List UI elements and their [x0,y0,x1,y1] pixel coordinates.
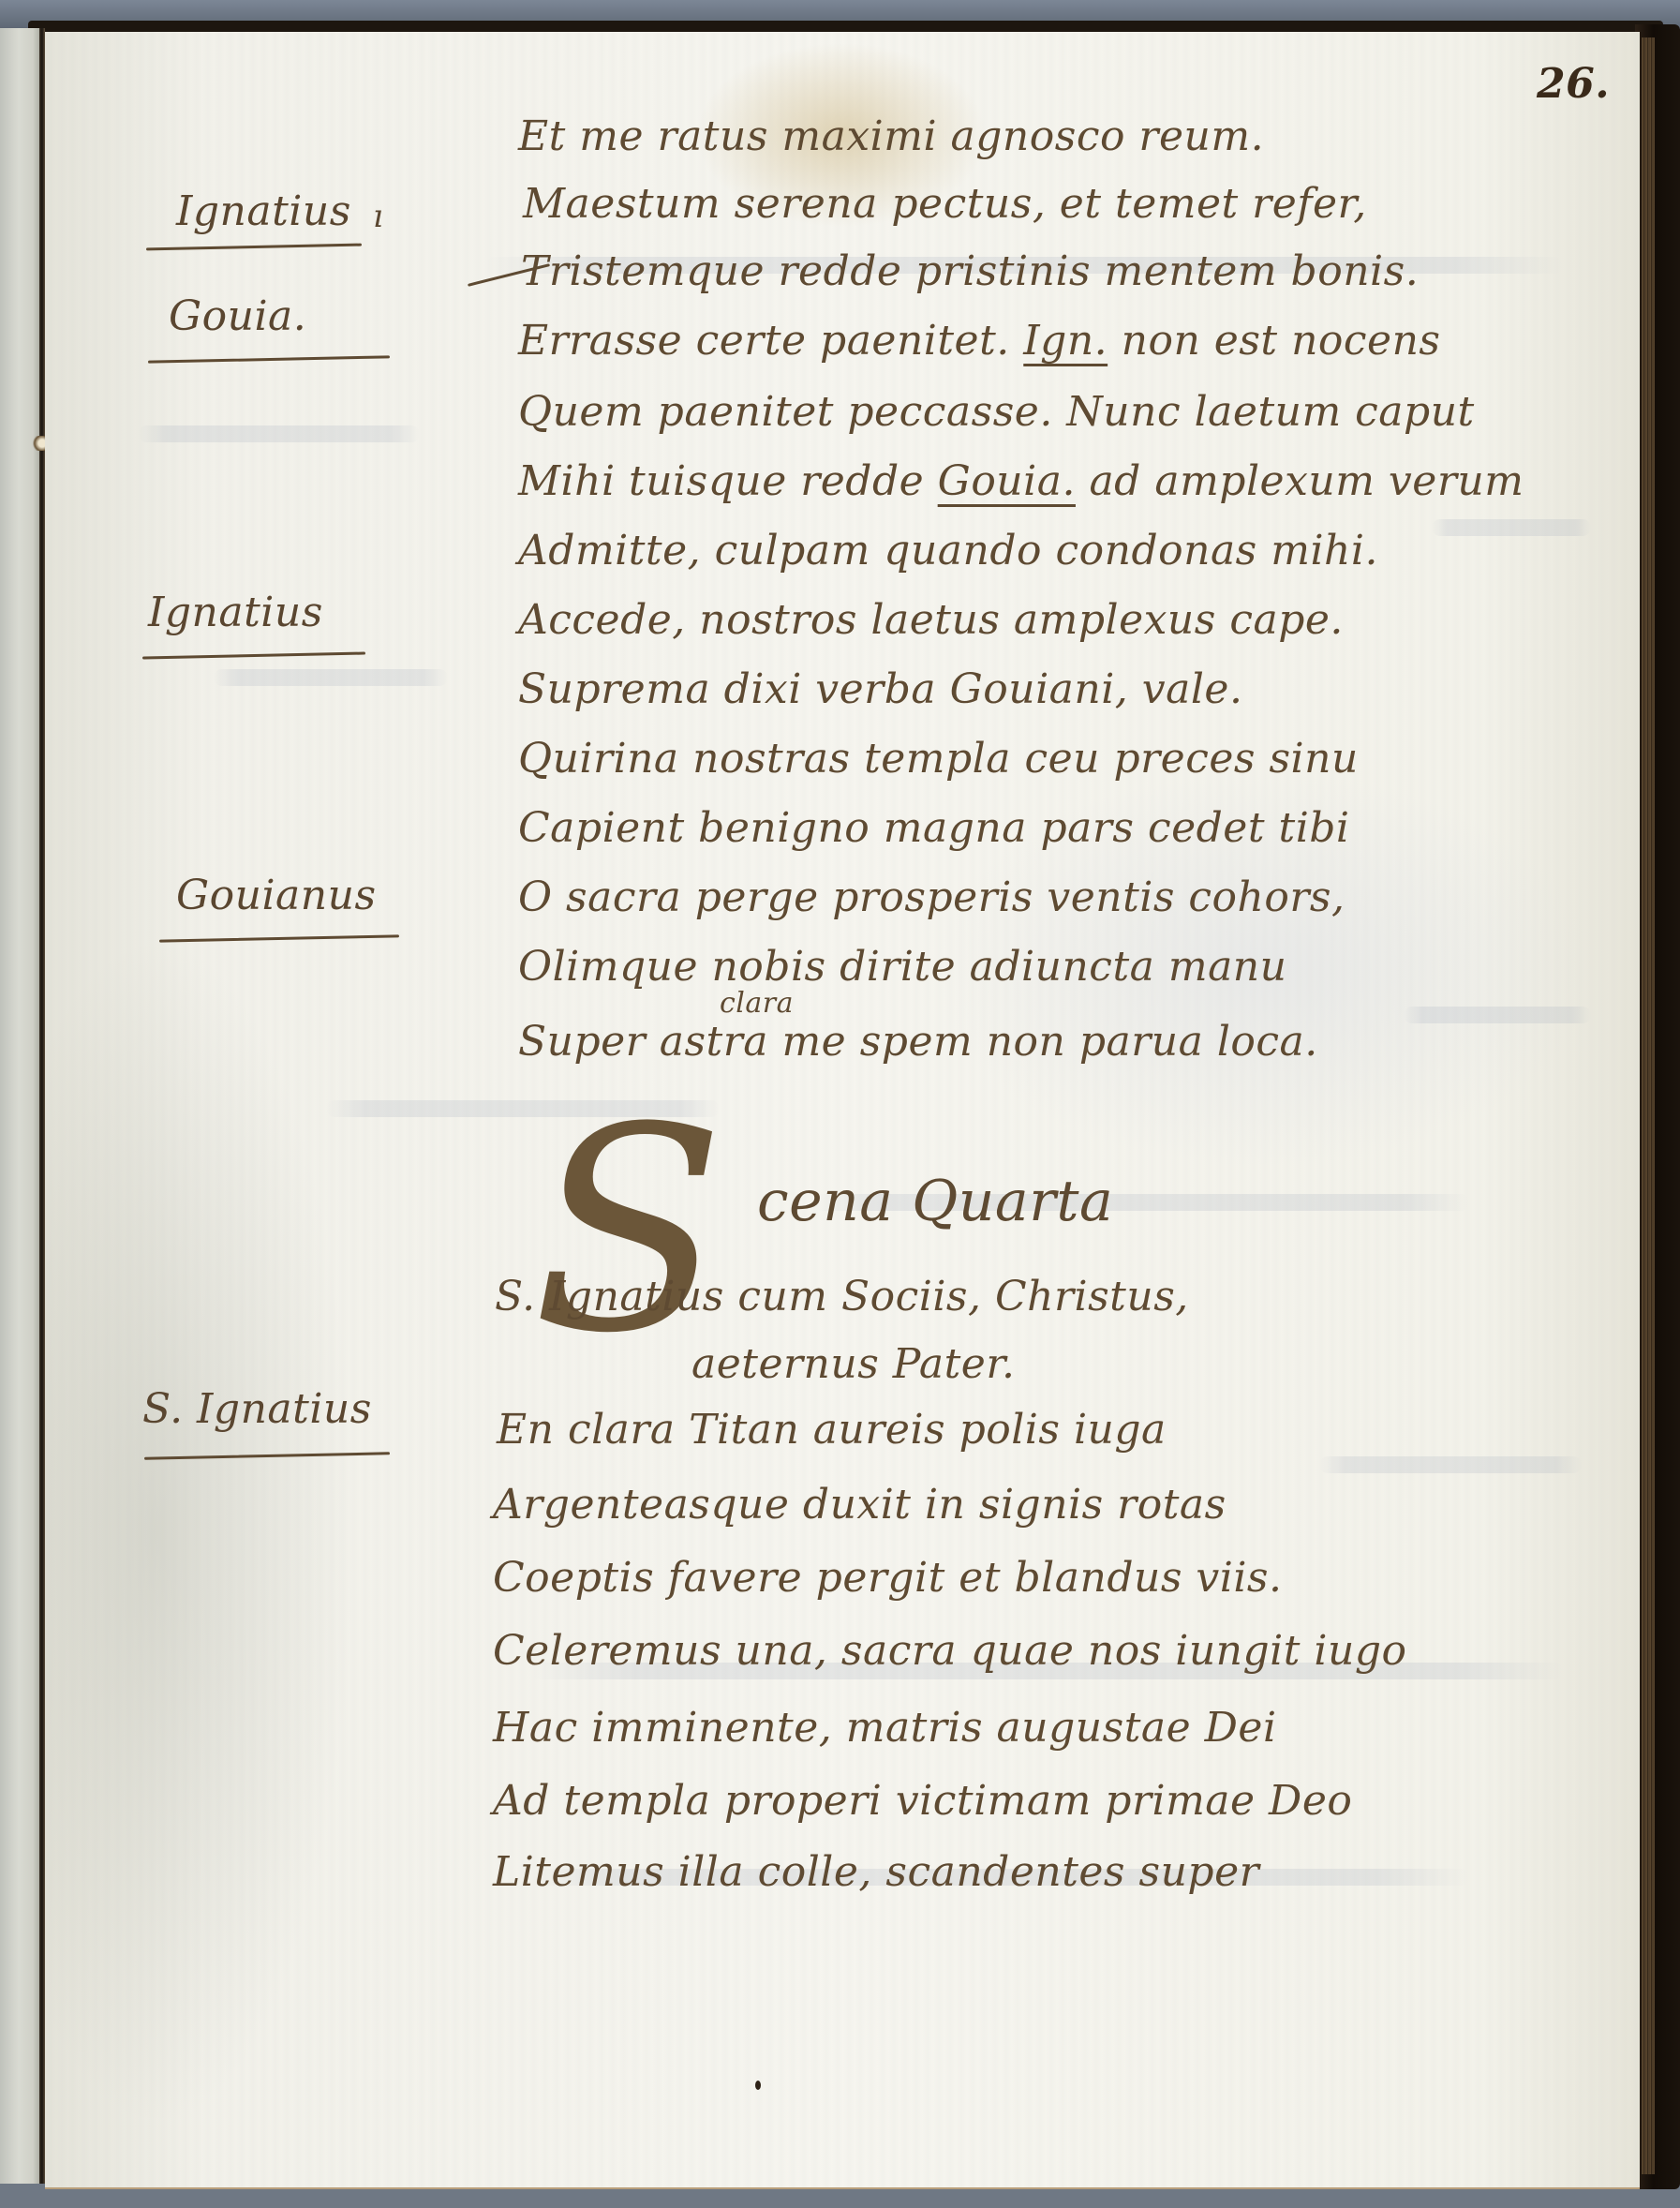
speaker-label: Ignatius [148,592,323,634]
speaker-underline [144,1452,390,1459]
inline-speaker-label: Ign. [1023,317,1108,365]
verse-line: Suprema dixi verba Gouiani, vale. [518,669,1242,710]
verse-line: Tristemque redde pristinis mentem bonis. [521,251,1419,292]
speaker-label: Ignatius [176,191,351,232]
stacked-page-edges [1642,37,1655,2174]
bleed-through [1432,519,1591,536]
facing-page-sliver [0,28,41,2184]
verse-line: Litemus illa colle, scandentes super [493,1852,1259,1893]
speaker-underline [159,934,399,942]
ink-speck [755,2081,761,2090]
speaker-underline [142,652,365,660]
verse-line: Maestum serena pectus, et temet refer, [523,184,1367,225]
verse-line: Accede, nostros laetus amplexus cape. [518,600,1344,641]
verse-continuation: ad amplexum verum [1089,457,1524,505]
verse-line: Coeptis favere pergit et blandus viis. [493,1558,1282,1599]
inline-speaker-label: Gouia. [938,457,1076,505]
speaker-separator: ı [373,201,383,232]
speaker-label: Gouianus [176,875,377,917]
manuscript-page: 26. Ignatius ı Gouia. Ignatius Gouianus … [45,32,1640,2189]
verse-line: Olimque nobis dirite adiuncta manu [518,947,1286,988]
verse-line: Super astra me spem non parua loca. [518,1022,1318,1063]
speaker-label: Gouia. [169,296,306,337]
verse-line: Quirina nostras templa ceu preces sinu [518,738,1359,780]
scene-cast-line: S. Ignatius cum Sociis, Christus, [495,1276,1189,1318]
interlinear-insertion: clara [720,990,794,1018]
verse-line: O sacra perge prosperis ventis cohors, [518,877,1345,918]
verse-line: Hac imminente, matris augustae Dei [493,1708,1277,1749]
verse-line: Capient benigno magna pars cedet tibi [518,808,1350,849]
bleed-through [1319,1456,1582,1473]
page-number: 26. [1537,60,1610,108]
verse-line: Mihi tuisque redde Gouia. ad amplexum ve… [518,461,1524,502]
bleed-through [214,669,448,686]
verse-text: Mihi tuisque redde [518,457,924,505]
verse-line: Ad templa properi victimam primae Deo [493,1781,1352,1822]
speaker-underline [148,355,390,363]
scene-cast-line: aeternus Pater. [691,1344,1016,1385]
speaker-underline [146,244,362,251]
scene-title: cena Quarta [757,1173,1113,1230]
verse-continuation: non est nocens [1122,317,1441,365]
verse-text: Errasse certe paenitet. [518,317,1010,365]
bleed-through [139,425,420,442]
verse-line: En clara Titan aureis polis iuga [497,1410,1167,1451]
verse-line: Admitte, culpam quando condonas mihi. [518,530,1378,572]
verse-line: Errasse certe paenitet. Ign. non est noc… [518,321,1441,362]
scene-decorated-initial: S [532,1091,725,1372]
speaker-label: S. Ignatius [142,1389,372,1430]
verse-line: Argenteasque duxit in signis rotas [493,1484,1227,1526]
bleed-through [1404,1007,1591,1023]
verse-line: Et me ratus maximi agnosco reum. [518,116,1264,157]
verse-line: Celeremus una, sacra quae nos iungit iug… [493,1631,1406,1672]
verse-line: Quem paenitet peccasse. Nunc laetum capu… [518,392,1475,433]
